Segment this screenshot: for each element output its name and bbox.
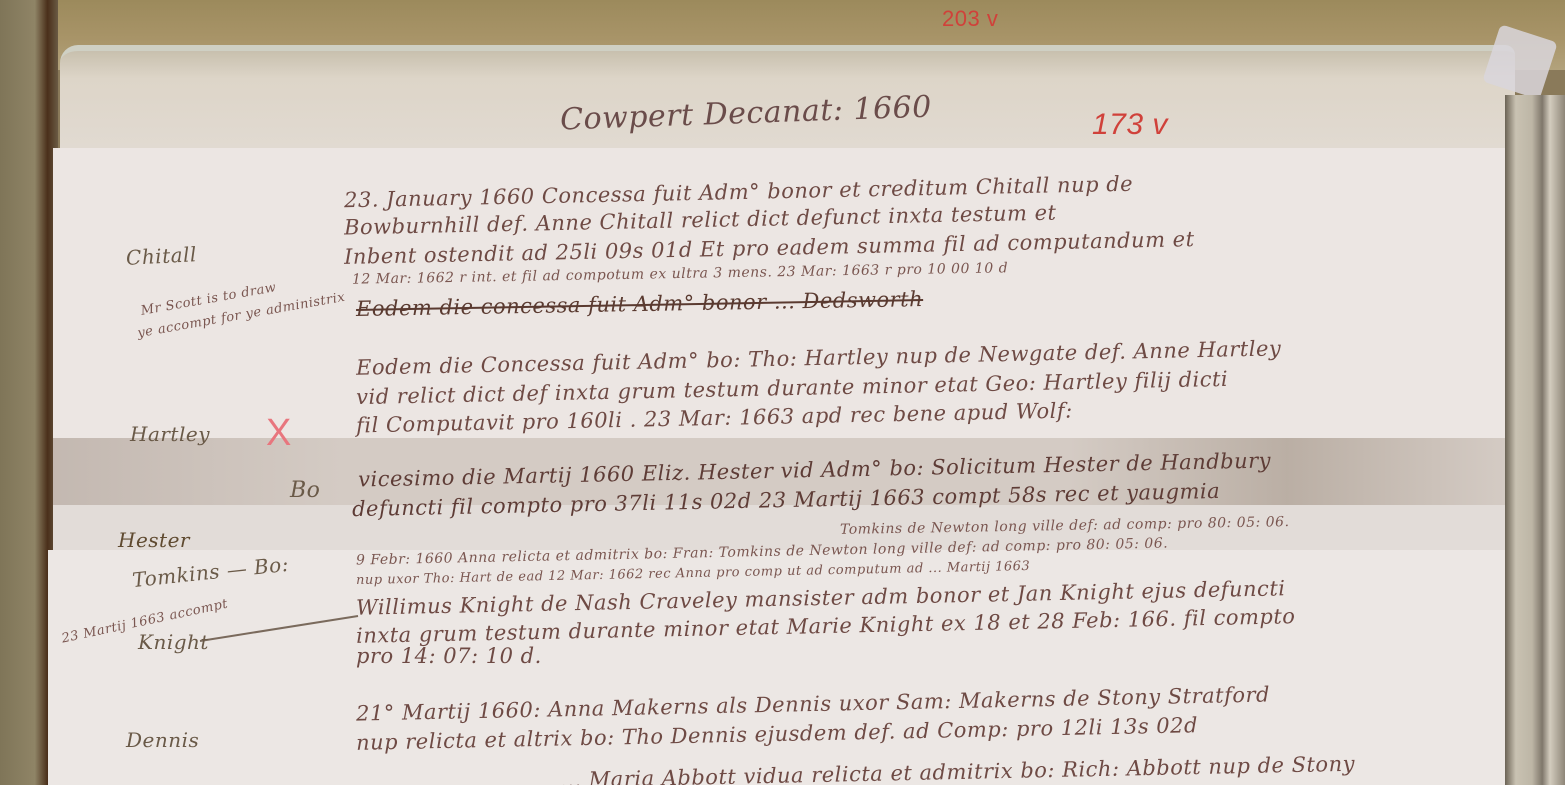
page-strip-4 <box>48 550 1505 785</box>
margin-name-hartley: Hartley <box>130 422 210 446</box>
entry-knight-line-3: pro 14: 07: 10 d. <box>356 644 542 668</box>
margin-name-chitall: Chitall <box>125 242 197 270</box>
page-stack-edge-right <box>1505 95 1565 785</box>
margin-name-hester: Hester <box>118 528 190 552</box>
folio-number-top: 203 v <box>942 6 998 32</box>
folio-number-header: 173 v <box>1092 108 1168 142</box>
margin-name-dennis: Dennis <box>126 728 199 752</box>
margin-name-knight: Knight <box>138 630 209 654</box>
red-cross-mark: X <box>266 414 291 452</box>
margin-symbol-bo: Bo <box>290 478 320 503</box>
